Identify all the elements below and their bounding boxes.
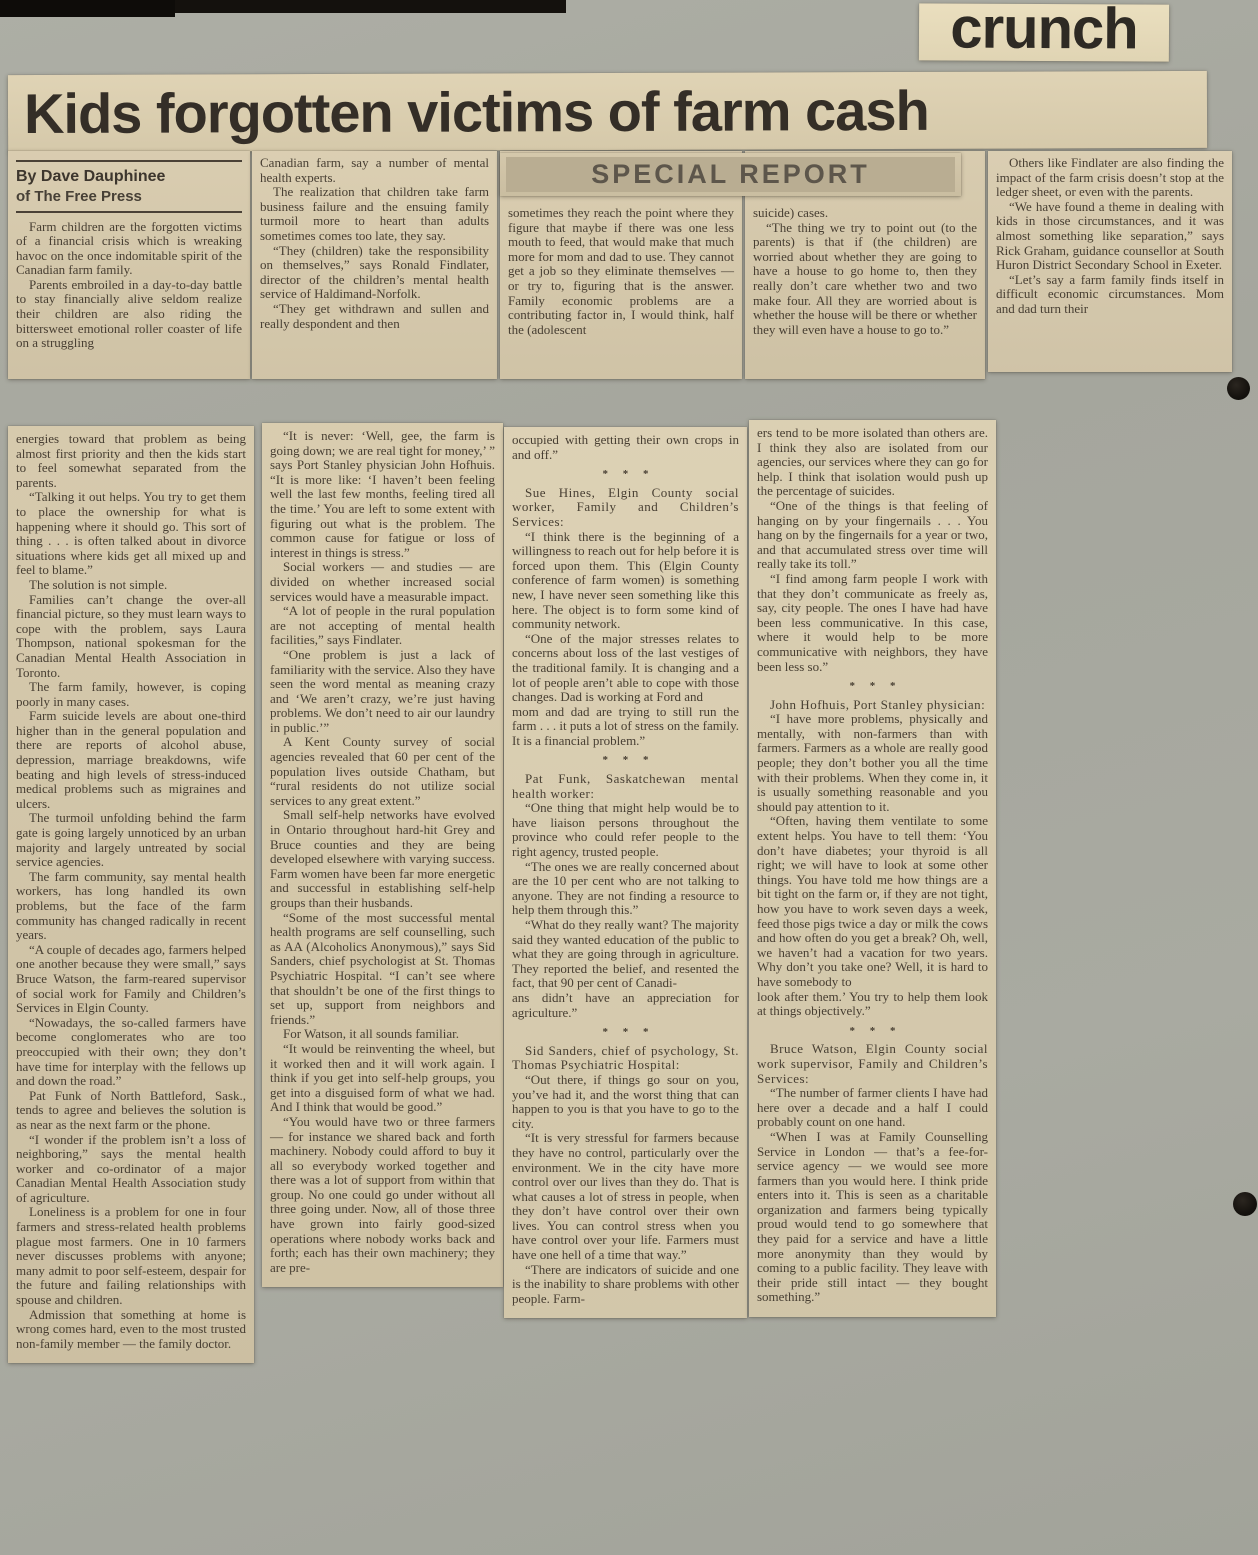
article-paragraph: “Talking it out helps. You try to get th… (16, 490, 246, 578)
intro-column-2: Canadian farm, say a number of mental he… (252, 151, 497, 379)
article-column-1-text: energies toward that problem as being al… (16, 432, 246, 1351)
byline-rule-bottom (16, 211, 242, 213)
article-paragraph: Small self-help networks have evolved in… (270, 808, 495, 910)
article-paragraph: “One problem is just a lack of familiari… (270, 648, 495, 736)
article-paragraph: “One thing that might help would be to h… (512, 801, 739, 859)
article-paragraph: “I wonder if the problem isn’t a loss of… (16, 1133, 246, 1206)
article-paragraph: “When I was at Family Counselling Servic… (757, 1130, 988, 1305)
section-separator: * * * (757, 1019, 988, 1043)
article-column-3-text: occupied with getting their own crops in… (512, 433, 739, 1306)
article-paragraph: “It is never: ‘Well, gee, the farm is go… (270, 429, 495, 560)
article-paragraph: A Kent County survey of social agencies … (270, 735, 495, 808)
article-paragraph: sometimes they reach the point where the… (508, 206, 734, 337)
byline-author: By Dave Dauphinee (16, 167, 242, 187)
article-column-2-text: “It is never: ‘Well, gee, the farm is go… (270, 429, 495, 1275)
article-paragraph: Admission that something at home is wron… (16, 1308, 246, 1352)
speaker-intro: Pat Funk, Saskatchewan mental health wor… (512, 772, 739, 801)
article-paragraph: “We have found a theme in dealing with k… (996, 200, 1224, 273)
speaker-intro: Sid Sanders, chief of psychology, St. Th… (512, 1044, 739, 1073)
article-paragraph: “One of the major stresses relates to co… (512, 632, 739, 705)
intro-column-1-text: Farm children are the forgotten victims … (16, 220, 242, 351)
article-paragraph: Loneliness is a problem for one in four … (16, 1205, 246, 1307)
article-column-4-text: ers tend to be more isolated than others… (757, 426, 988, 1305)
article-paragraph: The solution is not simple. (16, 578, 246, 593)
article-paragraph: “I think there is the beginning of a wil… (512, 530, 739, 632)
byline-rule-top (16, 160, 242, 162)
article-column-2: “It is never: ‘Well, gee, the farm is go… (262, 423, 503, 1287)
article-paragraph: look after them.’ You try to help them l… (757, 990, 988, 1019)
article-paragraph: The turmoil unfolding behind the farm ga… (16, 811, 246, 869)
kicker-headline: crunch (950, 0, 1138, 58)
article-paragraph: Farm children are the forgotten victims … (16, 220, 242, 278)
intro-column-2-text: Canadian farm, say a number of mental he… (260, 156, 489, 331)
article-paragraph: Pat Funk of North Battleford, Sask., ten… (16, 1089, 246, 1133)
intro-column-5: Others like Findlater are also finding t… (988, 151, 1232, 372)
article-column-3: occupied with getting their own crops in… (504, 427, 747, 1318)
section-separator: * * * (512, 1020, 739, 1044)
article-paragraph: Social workers — and studies — are divid… (270, 560, 495, 604)
article-paragraph: “The thing we try to point out (to the p… (753, 221, 977, 338)
article-paragraph: “I find among farm people I work with th… (757, 572, 988, 674)
article-paragraph: mom and dad are trying to still run the … (512, 705, 739, 749)
article-paragraph: “Often, having them ventilate to some ex… (757, 814, 988, 989)
headline-clipping: Kids forgotten victims of farm cash (8, 71, 1207, 152)
special-report-label: SPECIAL REPORT (506, 157, 955, 192)
speaker-intro: Sue Hines, Elgin County social worker, F… (512, 486, 739, 530)
article-paragraph: “One of the things is that feeling of ha… (757, 499, 988, 572)
article-paragraph: ans didn’t have an appreciation for agri… (512, 991, 739, 1020)
article-column-1: energies toward that problem as being al… (8, 426, 254, 1363)
article-paragraph: “There are indicators of suicide and one… (512, 1263, 739, 1307)
article-paragraph: “What do they really want? The majority … (512, 918, 739, 991)
article-paragraph: The farm family, however, is coping poor… (16, 680, 246, 709)
binder-hole-bottom (1233, 1192, 1257, 1216)
article-paragraph: energies toward that problem as being al… (16, 432, 246, 490)
article-paragraph: “The ones we are really concerned about … (512, 860, 739, 918)
speaker-intro: Bruce Watson, Elgin County social work s… (757, 1042, 988, 1086)
article-column-4: ers tend to be more isolated than others… (749, 420, 996, 1317)
byline-affiliation: of The Free Press (16, 187, 242, 206)
article-paragraph: Canadian farm, say a number of mental he… (260, 156, 489, 185)
main-headline: Kids forgotten victims of farm cash (8, 78, 929, 146)
intro-column-5-text: Others like Findlater are also finding t… (996, 156, 1224, 317)
article-paragraph: “Some of the most successful mental heal… (270, 911, 495, 1028)
byline: By Dave Dauphinee of The Free Press (16, 160, 242, 213)
article-paragraph: Others like Findlater are also finding t… (996, 156, 1224, 200)
intro-column-1: By Dave Dauphinee of The Free Press Farm… (8, 151, 250, 379)
binder-hole-top (1227, 377, 1250, 400)
article-paragraph: “Nowadays, the so-called farmers have be… (16, 1016, 246, 1089)
article-paragraph: “You would have two or three farmers — f… (270, 1115, 495, 1276)
speaker-intro: John Hofhuis, Port Stanley physician: (757, 698, 988, 713)
article-paragraph: “It is very stressful for farmers becaus… (512, 1131, 739, 1262)
section-separator: * * * (512, 748, 739, 772)
article-paragraph: The realization that children take farm … (260, 185, 489, 243)
section-separator: * * * (757, 674, 988, 698)
article-paragraph: Parents embroiled in a day-to-day battle… (16, 278, 242, 351)
section-separator: * * * (512, 462, 739, 486)
article-paragraph: occupied with getting their own crops in… (512, 433, 739, 462)
article-paragraph: “A lot of people in the rural population… (270, 604, 495, 648)
article-paragraph: “Out there, if things go sour on you, yo… (512, 1073, 739, 1131)
special-report-banner: SPECIAL REPORT (500, 153, 961, 196)
article-paragraph: “I have more problems, physically and me… (757, 712, 988, 814)
article-paragraph: “They (children) take the responsibility… (260, 244, 489, 302)
article-paragraph: ers tend to be more isolated than others… (757, 426, 988, 499)
article-paragraph: “It would be reinventing the wheel, but … (270, 1042, 495, 1115)
article-paragraph: For Watson, it all sounds familiar. (270, 1027, 495, 1042)
scrapbook-page: crunch Kids forgotten victims of farm ca… (0, 0, 1258, 1555)
kicker-clipping: crunch (919, 3, 1169, 61)
article-paragraph: Families can’t change the over-all finan… (16, 593, 246, 681)
article-paragraph: The farm community, say mental health wo… (16, 870, 246, 943)
article-paragraph: “The number of farmer clients I have had… (757, 1086, 988, 1130)
article-paragraph: “They get withdrawn and sullen and reall… (260, 302, 489, 331)
article-paragraph: “A couple of decades ago, farmers helped… (16, 943, 246, 1016)
photo-edge-shadow-corner (0, 0, 175, 17)
article-paragraph: suicide) cases. (753, 206, 977, 221)
article-paragraph: Farm suicide levels are about one-third … (16, 709, 246, 811)
article-paragraph: “Let’s say a farm family finds itself in… (996, 273, 1224, 317)
